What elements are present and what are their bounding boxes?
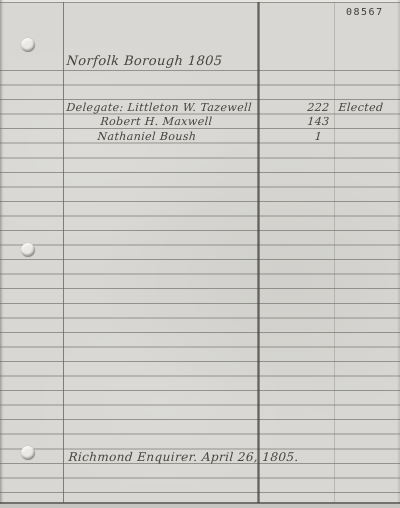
result-votes: 143: [300, 115, 337, 128]
punch-hole-top: [21, 38, 35, 52]
paper-top-edge-line: [0, 2, 400, 3]
punch-hole-bottom: [21, 446, 35, 460]
paper-bottom-edge: [0, 504, 400, 508]
source-citation: Richmond Enquirer. April 26, 1805.: [68, 450, 299, 464]
result-label: Nathaniel Boush: [97, 130, 197, 143]
right-column-line: [334, 2, 335, 503]
result-votes: 222: [300, 101, 337, 114]
left-margin-line: [63, 2, 64, 503]
result-votes: 1: [300, 130, 337, 143]
result-label: Robert H. Maxwell: [100, 115, 213, 128]
punch-hole-middle: [21, 243, 35, 257]
catalog-number: 08567: [346, 7, 384, 18]
result-note: Elected: [338, 101, 384, 114]
result-label: Delegate: Littleton W. Tazewell: [66, 101, 252, 114]
document-title: Norfolk Borough 1805: [66, 54, 223, 69]
scanned-ledger-page: 08567 Norfolk Borough 1805 Delegate: Lit…: [0, 0, 400, 508]
center-divider-line: [257, 2, 260, 503]
ruled-lines: [0, 70, 400, 494]
paper-left-edge: [0, 0, 4, 508]
